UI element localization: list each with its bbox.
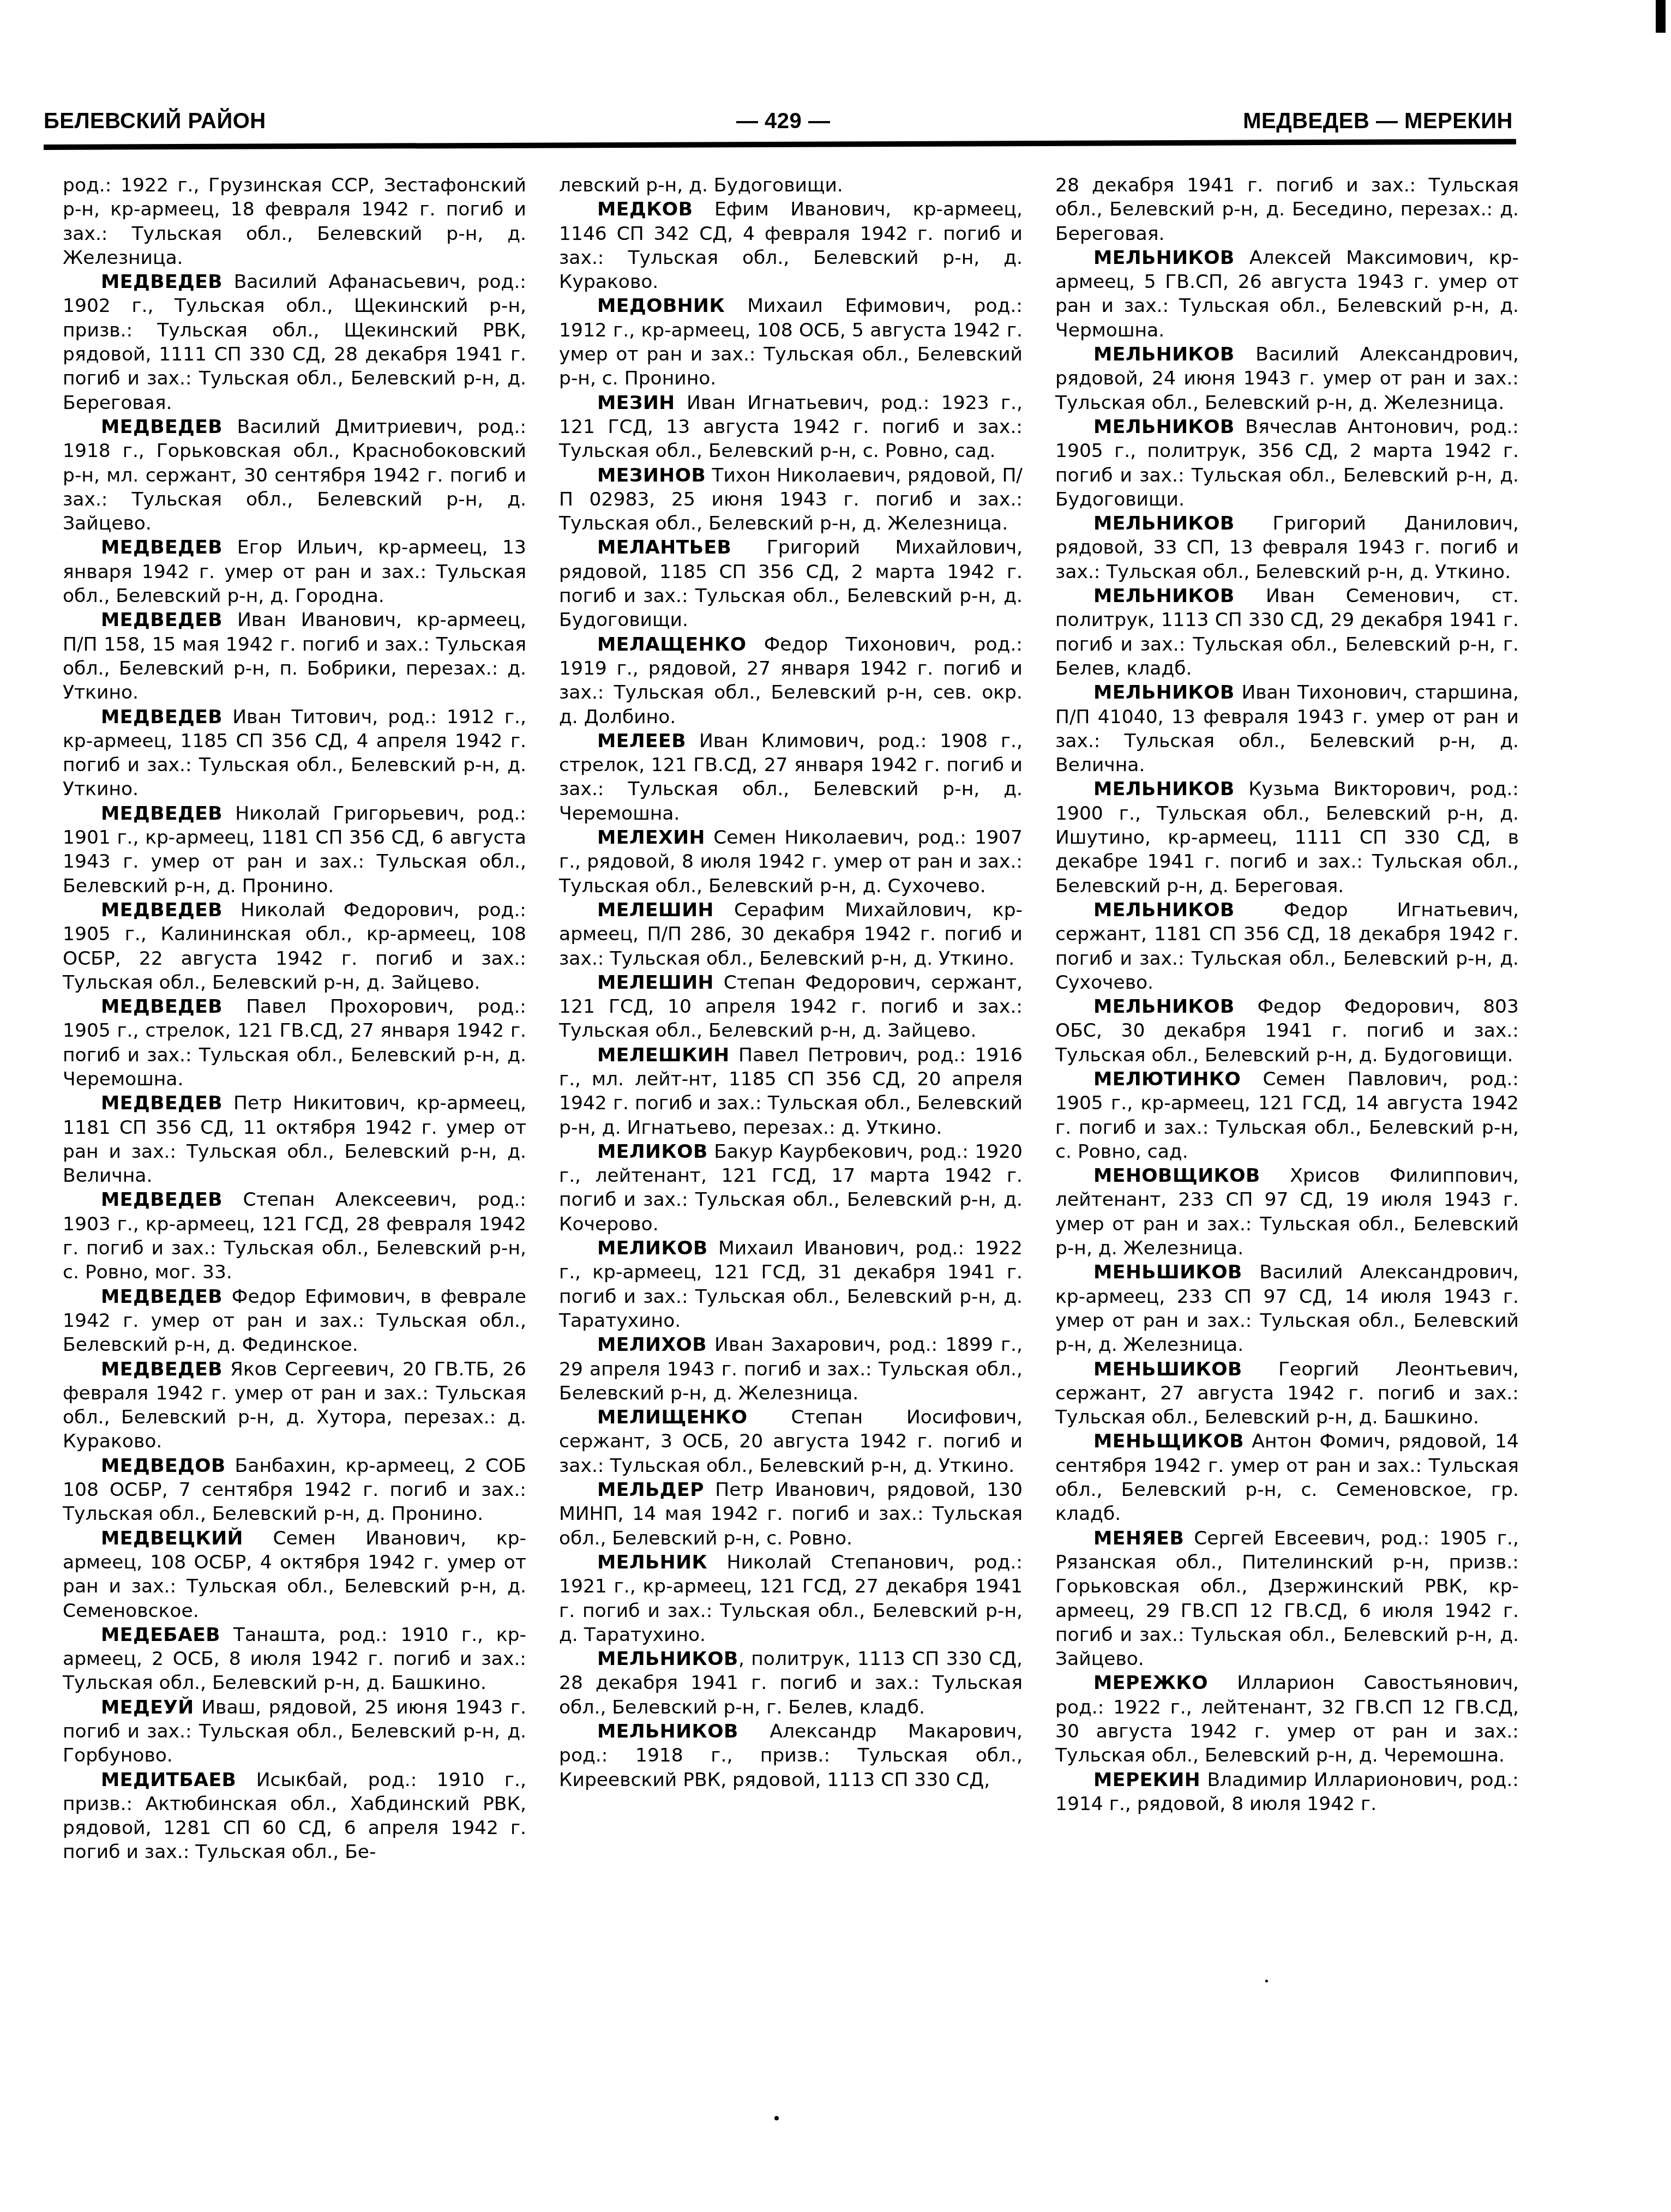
list-item: МЕЛЕХИН Семен Николаевич, род.: 1907 г.,… xyxy=(559,826,1023,898)
list-item: МЕНЬЩИКОВ Антон Фомич, рядовой, 14 сентя… xyxy=(1055,1429,1519,1526)
list-item: МЕЛЬНИКОВ Иван Тихонович, старшина, П/П … xyxy=(1055,681,1519,777)
list-item: МЕДЕБАЕВ Танашта, род.: 1910 г., кр-арме… xyxy=(63,1623,526,1696)
column-3: 28 декабря 1941 г. погиб и зах.: Тульска… xyxy=(1055,173,1519,1865)
list-item: МЕЛЬНИКОВ Александр Макарович, род.: 191… xyxy=(559,1720,1023,1792)
list-item: МЕДВЕЦКИЙ Семен Иванович, кр-армеец, 108… xyxy=(63,1526,526,1623)
entry-surname: МЕЛЬНИКОВ xyxy=(1093,344,1235,365)
scan-speck xyxy=(774,2116,779,2120)
entry-surname: МЕЛЬНИКОВ xyxy=(1093,247,1235,269)
list-item: МЕНЬШИКОВ Василий Александрович, кр-арме… xyxy=(1055,1260,1519,1357)
entry-surname: МЕЛАНТЬЕВ xyxy=(597,537,731,558)
text-columns: род.: 1922 г., Грузинская ССР, Зестафонс… xyxy=(63,173,1519,1865)
entry-surname: МЕЛЕЕВ xyxy=(597,730,686,752)
list-item: МЕНЬШИКОВ Георгий Леонтьевич, сержант, 2… xyxy=(1055,1357,1519,1430)
entry-surname: МЕРЕЖКО xyxy=(1093,1672,1208,1694)
list-item: МЕДВЕДЕВ Василий Афанасьевич, род.: 1902… xyxy=(63,270,526,415)
list-item: МЕДВЕДЕВ Василий Дмитриевич, род.: 1918 … xyxy=(63,415,526,536)
entry-surname: МЕДЕБАЕВ xyxy=(101,1624,220,1646)
entry-surname: МЕЛЮТИНКО xyxy=(1093,1068,1241,1090)
scan-edge-mark xyxy=(1656,0,1666,33)
entry-surname: МЕЛИЩЕНКО xyxy=(597,1406,748,1428)
entry-surname: МЕДВЕДЕВ xyxy=(101,537,223,558)
list-item: МЕДВЕДЕВ Иван Иванович, кр-армеец, П/П 1… xyxy=(63,608,526,705)
column-1: род.: 1922 г., Грузинская ССР, Зестафонс… xyxy=(63,173,526,1865)
list-item: МЕДЕУЙ Иваш, рядовой, 25 июня 1943 г. по… xyxy=(63,1696,526,1768)
entry-surname: МЕЛЬНИКОВ xyxy=(1093,416,1235,438)
entry-surname: МЕЛИКОВ xyxy=(597,1237,708,1259)
list-item: МЕЛЬНИКОВ Кузьма Викторович, род.: 1900 … xyxy=(1055,777,1519,898)
list-item: МЕДВЕДЕВ Егор Ильич, кр-армеец, 13 январ… xyxy=(63,536,526,608)
entry-surname: МЕЛЬНИКОВ xyxy=(1093,899,1235,921)
entry-surname: МЕНЬШИКОВ xyxy=(1093,1261,1242,1283)
list-item: МЕДВЕДЕВ Николай Григорьевич, род.: 1901… xyxy=(63,802,526,898)
entry-surname: МЕЛИХОВ xyxy=(597,1334,707,1356)
list-item: МЕДВЕДЕВ Степан Алексеевич, род.: 1903 г… xyxy=(63,1188,526,1284)
list-item: МЕЛЬНИКОВ Григорий Данилович, рядовой, 3… xyxy=(1055,512,1519,584)
entry-surname: МЕДВЕЦКИЙ xyxy=(101,1528,243,1549)
entry-surname: МЕДЕУЙ xyxy=(101,1697,194,1718)
list-item: МЕЛЬНИКОВ Василий Александрович, рядовой… xyxy=(1055,342,1519,415)
list-item: МЕДКОВ Ефим Иванович, кр-армеец, 1146 СП… xyxy=(559,197,1023,294)
entry-surname: МЕНЬЩИКОВ xyxy=(1093,1430,1244,1452)
list-item: МЕЛЬНИКОВ Иван Семенович, ст. политрук, … xyxy=(1055,584,1519,681)
list-item: МЕЛЬНИКОВ Федор Федорович, 803 ОБС, 30 д… xyxy=(1055,995,1519,1067)
entry-surname: МЕДВЕДЕВ xyxy=(101,271,223,293)
list-item: МЕНОВЩИКОВ Хрисов Филиппович, лейтенант,… xyxy=(1055,1164,1519,1260)
entry-surname: МЕДВЕДЕВ xyxy=(101,1092,223,1114)
entry-surname: МЕДВЕДЕВ xyxy=(101,1359,223,1380)
entry-surname: МЕЗИНОВ xyxy=(597,465,706,486)
entry-surname: МЕЛЬНИКОВ xyxy=(1093,682,1235,704)
list-item: МЕЛЕШИН Степан Федорович, сержант, 121 Г… xyxy=(559,971,1023,1043)
list-item: МЕЛЕШКИН Павел Петрович, род.: 1916 г., … xyxy=(559,1043,1023,1140)
alphabetic-range: МЕДВЕДЕВ — МЕРЕКИН xyxy=(1243,109,1513,134)
column-2: левский р-н, д. Будоговищи. МЕДКОВ Ефим … xyxy=(559,173,1023,1865)
list-item: МЕЛЬНИКОВ Вячеслав Антонович, род.: 1905… xyxy=(1055,415,1519,512)
list-item: МЕЛЮТИНКО Семен Павлович, род.: 1905 г.,… xyxy=(1055,1067,1519,1164)
entry-surname: МЕНЯЕВ xyxy=(1093,1528,1184,1549)
scan-speck xyxy=(1265,1980,1268,1982)
entry-surname: МЕЛЬНИКОВ xyxy=(1093,778,1235,800)
list-item: МЕЗИНОВ Тихон Николаевич, рядовой, П/П 0… xyxy=(559,464,1023,536)
page-number: — 429 — xyxy=(736,109,830,134)
list-item: МЕДВЕДЕВ Петр Никитович, кр-армеец, 1181… xyxy=(63,1091,526,1188)
entry-surname: МЕДВЕДЕВ xyxy=(101,416,223,438)
list-item: МЕДВЕДЕВ Иван Титович, род.: 1912 г., кр… xyxy=(63,705,526,802)
entry-surname: МЕЛЬНИКОВ xyxy=(597,1648,738,1670)
entry-surname: МЕДОВНИК xyxy=(597,295,725,317)
entry-surname: МЕЛЕШИН xyxy=(597,899,714,921)
list-item: МЕЛЬНИКОВ, политрук, 1113 СП 330 СД, 28 … xyxy=(559,1647,1023,1720)
list-item: МЕЛАЩЕНКО Федор Тихонович, род.: 1919 г.… xyxy=(559,633,1023,729)
entry-surname: МЕДВЕДЕВ xyxy=(101,1189,223,1211)
list-item: МЕЛИКОВ Михаил Иванович, род.: 1922 г., … xyxy=(559,1236,1023,1333)
entry-surname: МЕЛЕШКИН xyxy=(597,1044,730,1066)
list-item: МЕЛЬНИКОВ Алексей Максимович, кр-армеец,… xyxy=(1055,246,1519,342)
entry-surname: МЕДВЕДЕВ xyxy=(101,899,223,921)
list-item: МЕЛИЩЕНКО Степан Иосифович, сержант, 3 О… xyxy=(559,1405,1023,1478)
entry-surname: МЕЛЬНИК xyxy=(597,1552,707,1573)
list-item: МЕЛЬНИКОВ Федор Игнатьевич, сержант, 118… xyxy=(1055,898,1519,995)
entry-surname: МЕНОВЩИКОВ xyxy=(1093,1165,1260,1187)
entry-surname: МЕРЕКИН xyxy=(1093,1769,1200,1791)
list-item: МЕДВЕДЕВ Яков Сергеевич, 20 ГВ.ТБ, 26 фе… xyxy=(63,1357,526,1454)
entry-surname: МЕДВЕДЕВ xyxy=(101,609,223,631)
list-item: МЕДВЕДЕВ Павел Прохорович, род.: 1905 г.… xyxy=(63,995,526,1091)
entry-surname: МЕДВЕДЕВ xyxy=(101,803,223,825)
list-item: МЕЛЕЕВ Иван Климович, род.: 1908 г., стр… xyxy=(559,729,1023,826)
list-item: МЕНЯЕВ Сергей Евсеевич, род.: 1905 г., Р… xyxy=(1055,1526,1519,1672)
entry-surname: МЕЛЬНИКОВ xyxy=(1093,996,1235,1018)
list-item: МЕРЕЖКО Илларион Савостьянович, род.: 19… xyxy=(1055,1671,1519,1768)
list-item: МЕДВЕДЕВ Федор Ефимович, в феврале 1942 … xyxy=(63,1285,526,1357)
entry-surname: МЕЛЬНИКОВ xyxy=(1093,513,1235,534)
entry-surname: МЕЛЬДЕР xyxy=(597,1479,704,1501)
list-item: МЕЛЕШИН Серафим Михайлович, кр-армеец, П… xyxy=(559,898,1023,971)
list-item: МЕЛАНТЬЕВ Григорий Михайлович, рядовой, … xyxy=(559,536,1023,632)
list-item: МЕДОВНИК Михаил Ефимович, род.: 1912 г.,… xyxy=(559,294,1023,390)
list-item: МЕЛИХОВ Иван Захарович, род.: 1899 г., 2… xyxy=(559,1333,1023,1405)
entry-surname: МЕЛЕШИН xyxy=(597,972,714,994)
entry-surname: МЕДВЕДОВ xyxy=(101,1455,226,1477)
list-item: МЕДВЕДЕВ Николай Федорович, род.: 1905 г… xyxy=(63,898,526,995)
entry-surname: МЕЛЬНИКОВ xyxy=(1093,585,1235,607)
list-item: МЕЗИН Иван Игнатьевич, род.: 1923 г., 12… xyxy=(559,391,1023,464)
entry-surname: МЕДВЕДЕВ xyxy=(101,996,223,1018)
list-item: МЕЛЬНИК Николай Степанович, род.: 1921 г… xyxy=(559,1550,1023,1647)
list-item: МЕЛИКОВ Бакур Каурбекович, род.: 1920 г.… xyxy=(559,1140,1023,1236)
entry-surname: МЕДВЕДЕВ xyxy=(101,1286,223,1308)
list-item: МЕДИТБАЕВ Исыкбай, род.: 1910 г., призв.… xyxy=(63,1768,526,1865)
list-item: МЕДВЕДОВ Банбахин, кр-армеец, 2 СОБ 108 … xyxy=(63,1454,526,1526)
entry-surname: МЕЛЕХИН xyxy=(597,827,705,849)
district-title: БЕЛЕВСКИЙ РАЙОН xyxy=(44,109,266,134)
list-item: МЕЛЬДЕР Петр Иванович, рядовой, 130 МИНП… xyxy=(559,1478,1023,1550)
list-item: МЕРЕКИН Владимир Илларионович, род.: 191… xyxy=(1055,1768,1519,1817)
entry-surname: МЕЛЬНИКОВ xyxy=(597,1721,738,1742)
entry-surname: МЕЛИКОВ xyxy=(597,1141,708,1163)
entry-surname: МЕДВЕДЕВ xyxy=(101,706,223,728)
continued-entry: левский р-н, д. Будоговищи. xyxy=(559,173,1023,197)
continued-entry: род.: 1922 г., Грузинская ССР, Зестафонс… xyxy=(63,173,526,270)
entry-surname: МЕЗИН xyxy=(597,392,675,414)
entry-surname: МЕНЬШИКОВ xyxy=(1093,1359,1242,1380)
entry-surname: МЕДКОВ xyxy=(597,199,693,220)
continued-entry: 28 декабря 1941 г. погиб и зах.: Тульска… xyxy=(1055,173,1519,246)
entry-surname: МЕДИТБАЕВ xyxy=(101,1769,236,1791)
entry-surname: МЕЛАЩЕНКО xyxy=(597,634,746,656)
